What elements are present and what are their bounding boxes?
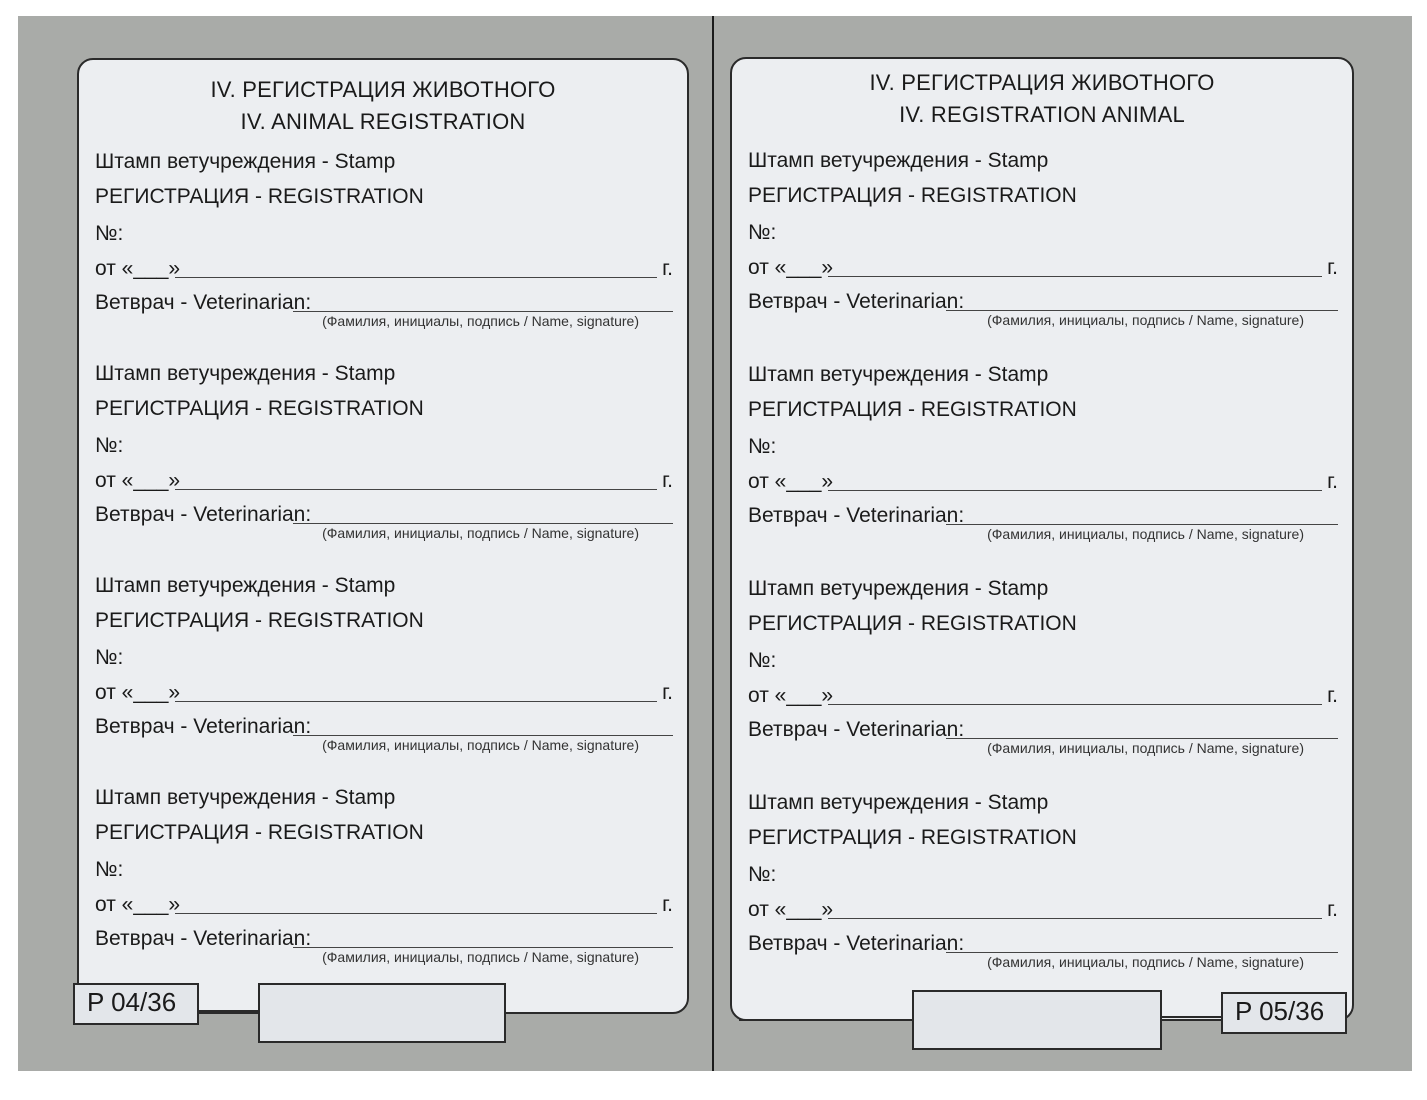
- date-label: от «___»: [748, 898, 833, 922]
- year-suffix: г.: [662, 893, 673, 917]
- date-field[interactable]: [828, 489, 1322, 491]
- year-suffix: г.: [1327, 898, 1338, 922]
- date-field[interactable]: [175, 276, 657, 278]
- veterinarian-label: Ветврач - Veterinarian:: [95, 503, 311, 527]
- date-field[interactable]: [828, 275, 1322, 277]
- signature-hint: (Фамилия, инициалы, подпись / Name, sign…: [987, 740, 1304, 756]
- veterinarian-label: Ветврач - Veterinarian:: [748, 932, 964, 956]
- veterinarian-signature-field[interactable]: [293, 946, 673, 948]
- date-field[interactable]: [175, 700, 657, 702]
- right-title-ru: IV. РЕГИСТРАЦИЯ ЖИВОТНОГО: [732, 67, 1352, 99]
- registration-block: Штамп ветучреждения - StampРЕГИСТРАЦИЯ -…: [748, 791, 1338, 991]
- registration-block: Штамп ветучреждения - StampРЕГИСТРАЦИЯ -…: [748, 363, 1338, 563]
- stamp-label: Штамп ветучреждения - Stamp: [95, 786, 395, 810]
- registration-block: Штамп ветучреждения - StampРЕГИСТРАЦИЯ -…: [95, 574, 673, 774]
- signature-hint: (Фамилия, инициалы, подпись / Name, sign…: [322, 949, 639, 965]
- date-label: от «___»: [95, 257, 180, 281]
- left-page: IV. РЕГИСТРАЦИЯ ЖИВОТНОГО IV. ANIMAL REG…: [18, 16, 712, 1071]
- signature-hint: (Фамилия, инициалы, подпись / Name, sign…: [987, 526, 1304, 542]
- number-label: №:: [95, 434, 123, 458]
- registration-label: РЕГИСТРАЦИЯ - REGISTRATION: [95, 609, 424, 633]
- year-suffix: г.: [662, 257, 673, 281]
- date-label: от «___»: [748, 684, 833, 708]
- number-label: №:: [748, 221, 776, 245]
- registration-label: РЕГИСТРАЦИЯ - REGISTRATION: [95, 185, 424, 209]
- left-page-number-box: P 04/36: [73, 983, 199, 1025]
- date-field[interactable]: [175, 488, 657, 490]
- signature-hint: (Фамилия, инициалы, подпись / Name, sign…: [987, 312, 1304, 328]
- veterinarian-label: Ветврач - Veterinarian:: [748, 504, 964, 528]
- veterinarian-signature-field[interactable]: [946, 951, 1338, 953]
- right-registration-card: IV. РЕГИСТРАЦИЯ ЖИВОТНОГО IV. REGISTRATI…: [730, 57, 1354, 1021]
- left-title-ru: IV. РЕГИСТРАЦИЯ ЖИВОТНОГО: [79, 74, 687, 106]
- veterinarian-label: Ветврач - Veterinarian:: [95, 715, 311, 739]
- number-label: №:: [748, 435, 776, 459]
- veterinarian-signature-field[interactable]: [946, 309, 1338, 311]
- date-label: от «___»: [95, 469, 180, 493]
- date-label: от «___»: [95, 681, 180, 705]
- stamp-label: Штамп ветучреждения - Stamp: [748, 577, 1048, 601]
- signature-hint: (Фамилия, инициалы, подпись / Name, sign…: [322, 313, 639, 329]
- veterinarian-signature-field[interactable]: [293, 734, 673, 736]
- right-page-number-box: P 05/36: [1221, 992, 1347, 1034]
- veterinarian-label: Ветврач - Veterinarian:: [95, 291, 311, 315]
- right-footer-blank-field[interactable]: [912, 990, 1162, 1050]
- year-suffix: г.: [662, 681, 673, 705]
- registration-block: Штамп ветучреждения - StampРЕГИСТРАЦИЯ -…: [95, 786, 673, 986]
- stamp-label: Штамп ветучреждения - Stamp: [95, 150, 395, 174]
- veterinarian-label: Ветврач - Veterinarian:: [748, 290, 964, 314]
- veterinarian-signature-field[interactable]: [293, 310, 673, 312]
- registration-block: Штамп ветучреждения - StampРЕГИСТРАЦИЯ -…: [95, 150, 673, 350]
- registration-label: РЕГИСТРАЦИЯ - REGISTRATION: [748, 612, 1077, 636]
- right-page-number: P 05/36: [1223, 994, 1345, 1028]
- stamp-label: Штамп ветучреждения - Stamp: [95, 362, 395, 386]
- veterinarian-signature-field[interactable]: [946, 737, 1338, 739]
- registration-label: РЕГИСТРАЦИЯ - REGISTRATION: [95, 821, 424, 845]
- year-suffix: г.: [1327, 470, 1338, 494]
- signature-hint: (Фамилия, инициалы, подпись / Name, sign…: [987, 954, 1304, 970]
- left-footer-blank-field[interactable]: [258, 983, 506, 1043]
- left-page-number: P 04/36: [75, 985, 197, 1019]
- stamp-label: Штамп ветучреждения - Stamp: [748, 149, 1048, 173]
- date-field[interactable]: [175, 912, 657, 914]
- signature-hint: (Фамилия, инициалы, подпись / Name, sign…: [322, 737, 639, 753]
- year-suffix: г.: [1327, 684, 1338, 708]
- left-footer-connector: [197, 1010, 259, 1012]
- right-footer-connector-a: [739, 1019, 914, 1021]
- number-label: №:: [748, 649, 776, 673]
- date-label: от «___»: [95, 893, 180, 917]
- veterinarian-label: Ветврач - Veterinarian:: [95, 927, 311, 951]
- registration-block: Штамп ветучреждения - StampРЕГИСТРАЦИЯ -…: [95, 362, 673, 562]
- date-field[interactable]: [828, 917, 1322, 919]
- stamp-label: Штамп ветучреждения - Stamp: [748, 791, 1048, 815]
- stamp-label: Штамп ветучреждения - Stamp: [748, 363, 1048, 387]
- registration-label: РЕГИСТРАЦИЯ - REGISTRATION: [748, 398, 1077, 422]
- left-registration-card: IV. РЕГИСТРАЦИЯ ЖИВОТНОГО IV. ANIMAL REG…: [77, 58, 689, 1014]
- date-label: от «___»: [748, 256, 833, 280]
- veterinarian-signature-field[interactable]: [946, 523, 1338, 525]
- number-label: №:: [95, 646, 123, 670]
- year-suffix: г.: [1327, 256, 1338, 280]
- left-title-en: IV. ANIMAL REGISTRATION: [79, 106, 687, 138]
- registration-block: Штамп ветучреждения - StampРЕГИСТРАЦИЯ -…: [748, 577, 1338, 777]
- veterinarian-label: Ветврач - Veterinarian:: [748, 718, 964, 742]
- registration-label: РЕГИСТРАЦИЯ - REGISTRATION: [95, 397, 424, 421]
- number-label: №:: [95, 858, 123, 882]
- date-label: от «___»: [748, 470, 833, 494]
- veterinarian-signature-field[interactable]: [293, 522, 673, 524]
- right-footer-connector-b: [1160, 1016, 1222, 1018]
- number-label: №:: [748, 863, 776, 887]
- date-field[interactable]: [828, 703, 1322, 705]
- registration-label: РЕГИСТРАЦИЯ - REGISTRATION: [748, 826, 1077, 850]
- right-title-en: IV. REGISTRATION ANIMAL: [732, 99, 1352, 131]
- registration-label: РЕГИСТРАЦИЯ - REGISTRATION: [748, 184, 1077, 208]
- registration-block: Штамп ветучреждения - StampРЕГИСТРАЦИЯ -…: [748, 149, 1338, 349]
- signature-hint: (Фамилия, инициалы, подпись / Name, sign…: [322, 525, 639, 541]
- right-page: IV. РЕГИСТРАЦИЯ ЖИВОТНОГО IV. REGISTRATI…: [714, 16, 1412, 1071]
- year-suffix: г.: [662, 469, 673, 493]
- stamp-label: Штамп ветучреждения - Stamp: [95, 574, 395, 598]
- number-label: №:: [95, 222, 123, 246]
